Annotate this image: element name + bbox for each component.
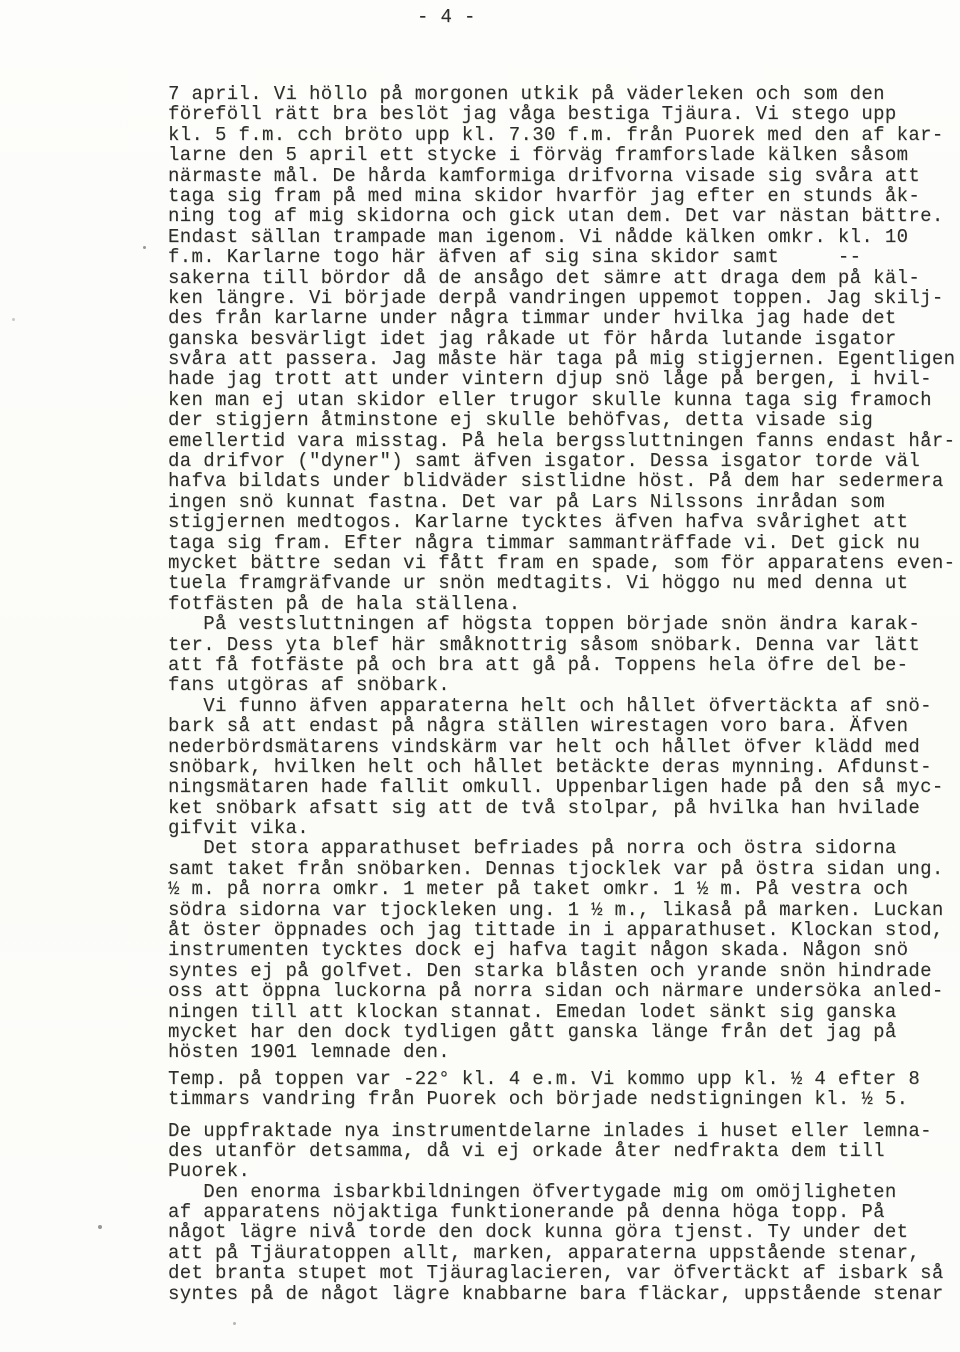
paragraph: På vestsluttningen af högsta toppen börj… bbox=[168, 614, 960, 696]
text-line: svåra att passera. Jag måste här taga på… bbox=[168, 349, 960, 369]
paragraph: Det stora apparathuset befriades på norr… bbox=[168, 838, 960, 1062]
text-line: ken man ej utan skidor eller trugor skul… bbox=[168, 390, 960, 410]
text-line: det branta stupet mot Tjäuraglacieren, v… bbox=[168, 1263, 960, 1283]
text-line: Vi funno äfven apparaterna helt och håll… bbox=[168, 696, 960, 716]
page-number: - 4 - bbox=[417, 6, 476, 28]
text-line: nederbördsmätarens vindskärm var helt oc… bbox=[168, 737, 960, 757]
text-line: instrumenten tycktes dock ej hafva tagit… bbox=[168, 940, 960, 960]
text-line: ganska besvärligt idet jag råkade ut för… bbox=[168, 329, 960, 349]
text-line: Endast sällan trampade man igenom. Vi nå… bbox=[168, 227, 960, 247]
text-line: Temp. på toppen var -22° kl. 4 e.m. Vi k… bbox=[168, 1069, 960, 1089]
text-line: att få fotfäste på och bra att gå på. To… bbox=[168, 655, 960, 675]
text-line: Det stora apparathuset befriades på norr… bbox=[168, 838, 960, 858]
text-line: 7 april. Vi höllo på morgonen utkik på v… bbox=[168, 84, 960, 104]
text-line: ket snöbark afsatt sig att de två stolpa… bbox=[168, 798, 960, 818]
text-line: Puorek. bbox=[168, 1161, 960, 1181]
scan-speck bbox=[233, 1322, 236, 1325]
text-line: hade jag trott att under vintern djup sn… bbox=[168, 369, 960, 389]
paragraph: 7 april. Vi höllo på morgonen utkik på v… bbox=[168, 84, 960, 614]
text-line: södra sidorna var tjockleken ung. 1 ½ m.… bbox=[168, 900, 960, 920]
paragraph: De uppfraktade nya instrumentdelarne inl… bbox=[168, 1121, 960, 1182]
scan-speck bbox=[12, 318, 15, 321]
scan-speck bbox=[98, 1225, 102, 1229]
scan-speck bbox=[143, 246, 146, 249]
text-line: da drifvor ("dyner") samt äfven isgator.… bbox=[168, 451, 960, 471]
paragraph: Vi funno äfven apparaterna helt och håll… bbox=[168, 696, 960, 839]
text-line: syntes på de något lägre knabbarne bara … bbox=[168, 1284, 960, 1304]
text-line: fans utgöras af snöbark. bbox=[168, 675, 960, 695]
text-line: tuela framgräfvande ur snön medtagits. V… bbox=[168, 573, 960, 593]
text-line: taga sig fram. Efter några timmar samman… bbox=[168, 533, 960, 553]
text-line: taga sig fram på med mina skidor hvarför… bbox=[168, 186, 960, 206]
text-line: På vestsluttningen af högsta toppen börj… bbox=[168, 614, 960, 634]
text-line: ningen till att klockan stannat. Emedan … bbox=[168, 1002, 960, 1022]
text-line: oss att öppna luckorna på norra sidan oc… bbox=[168, 981, 960, 1001]
document-body: 7 april. Vi höllo på morgonen utkik på v… bbox=[168, 84, 960, 1304]
text-line: des utanför detsamma, då vi ej orkade åt… bbox=[168, 1141, 960, 1161]
text-line: emellertid vara misstag. På hela bergssl… bbox=[168, 431, 960, 451]
text-line: De uppfraktade nya instrumentdelarne inl… bbox=[168, 1121, 960, 1141]
text-line: hösten 1901 lemnade den. bbox=[168, 1042, 960, 1062]
text-line: ken längre. Vi började derpå vandringen … bbox=[168, 288, 960, 308]
text-line: af apparatens nöjaktiga funktionerande p… bbox=[168, 1202, 960, 1222]
text-line: hafva bildats under blidväder sistlidne … bbox=[168, 471, 960, 491]
text-line: timmars vandring från Puorek och började… bbox=[168, 1089, 960, 1109]
text-line: f.m. Karlarne togo här äfven af sig sina… bbox=[168, 247, 960, 267]
text-line: ter. Dess yta blef här småknottrig såsom… bbox=[168, 635, 960, 655]
text-line: gifvit vika. bbox=[168, 818, 960, 838]
text-line: att på Tjäuratoppen allt, marken, appara… bbox=[168, 1243, 960, 1263]
paragraph: Temp. på toppen var -22° kl. 4 e.m. Vi k… bbox=[168, 1069, 960, 1110]
text-line: ning tog af mig skidorna och gick utan d… bbox=[168, 206, 960, 226]
text-line: samt taket från snöbarken. Dennas tjockl… bbox=[168, 859, 960, 879]
scanned-document-page: - 4 - 7 april. Vi höllo på morgonen utki… bbox=[0, 0, 960, 1352]
text-line: des från karlarne under några timmar und… bbox=[168, 308, 960, 328]
text-line: ingen snö kunnat fastna. Det var på Lars… bbox=[168, 492, 960, 512]
text-line: mycket bättre sedan vi fått fram en spad… bbox=[168, 553, 960, 573]
text-line: närmaste mål. De hårda kamformiga drifvo… bbox=[168, 166, 960, 186]
text-line: ningsmätaren hade fallit omkull. Uppenba… bbox=[168, 777, 960, 797]
text-line: der stigjern åtminstone ej skulle behöfv… bbox=[168, 410, 960, 430]
text-line: Den enorma isbarkbildningen öfvertygade … bbox=[168, 1182, 960, 1202]
paragraph: Den enorma isbarkbildningen öfvertygade … bbox=[168, 1182, 960, 1304]
text-line: kl. 5 f.m. cch bröto upp kl. 7.30 f.m. f… bbox=[168, 125, 960, 145]
text-line: mycket har den dock tydligen gått ganska… bbox=[168, 1022, 960, 1042]
text-line: syntes ej på golfvet. Den starka blåsten… bbox=[168, 961, 960, 981]
text-line: något lägre nivå torde den dock kunna gö… bbox=[168, 1222, 960, 1242]
text-line: larne den 5 april ett stycke i förväg fr… bbox=[168, 145, 960, 165]
text-line: sakerna till bördor då de ansågo det säm… bbox=[168, 268, 960, 288]
text-line: ½ m. på norra omkr. 1 meter på taket omk… bbox=[168, 879, 960, 899]
text-line: åt öster öppnades och jag tittade in i a… bbox=[168, 920, 960, 940]
text-line: snöbark, hvilken helt och hållet betäckt… bbox=[168, 757, 960, 777]
text-line: bark så att endast på några ställen wire… bbox=[168, 716, 960, 736]
text-line: föreföll rätt bra beslöt jag våga bestig… bbox=[168, 104, 960, 124]
text-line: stigjernen medtogos. Karlarne tycktes äf… bbox=[168, 512, 960, 532]
text-line: fotfästen på de hala ställena. bbox=[168, 594, 960, 614]
